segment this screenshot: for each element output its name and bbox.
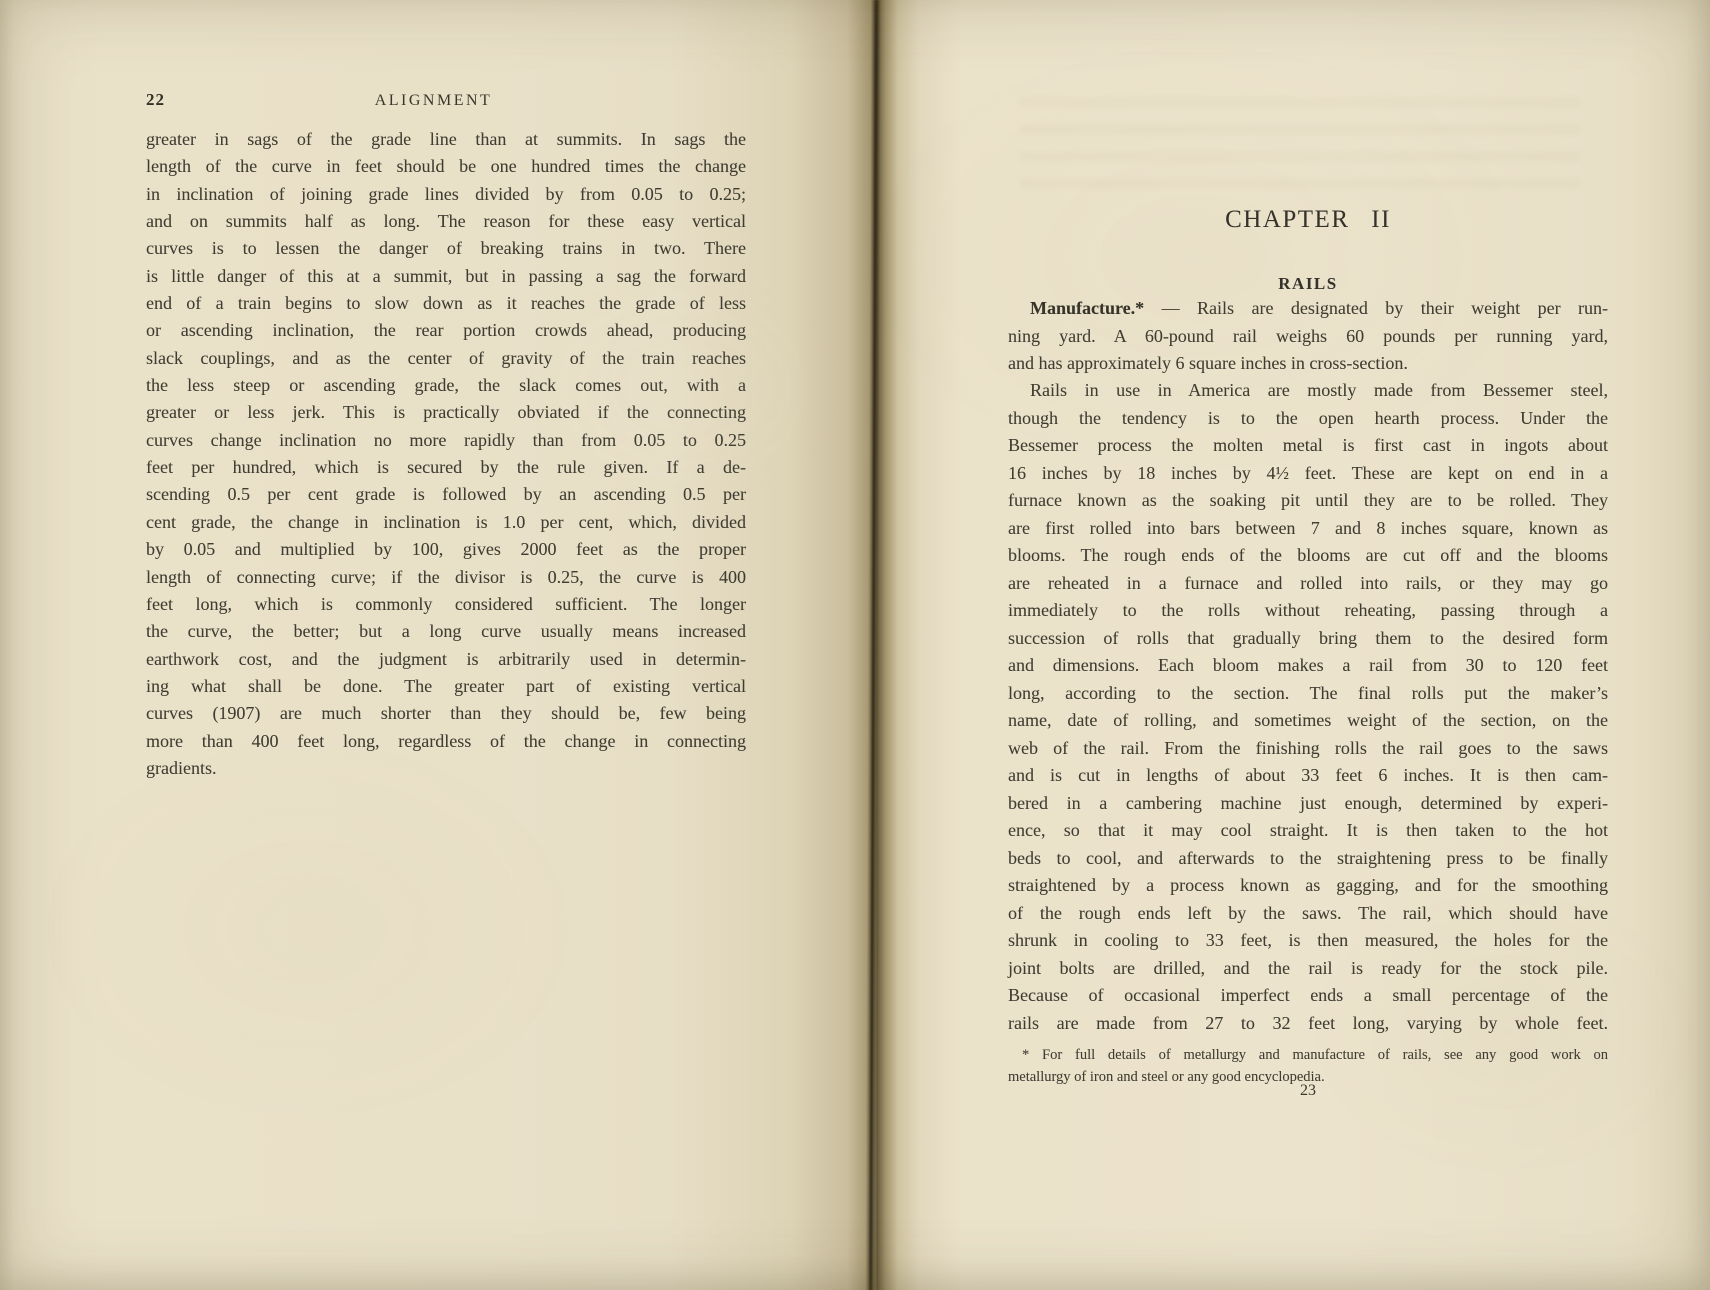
text-line: greater in sags of the grade line than a… <box>146 126 746 153</box>
text-line: web of the rail. From the finishing roll… <box>1008 735 1608 763</box>
text-line: joint bolts are drilled, and the rail is… <box>1008 955 1608 983</box>
text-line: end of a train begins to slow down as it… <box>146 290 746 317</box>
text-line: length of the curve in feet should be on… <box>146 153 746 180</box>
text-line: scending 0.5 per cent grade is followed … <box>146 481 746 508</box>
text-line: furnace known as the soaking pit until t… <box>1008 487 1608 515</box>
text-line: bered in a cambering machine just enough… <box>1008 790 1608 818</box>
rail-process-paragraph: Rails in use in America are mostly made … <box>1008 377 1608 1037</box>
text-line: ing what shall be done. The greater part… <box>146 673 746 700</box>
text-line: or ascending inclination, the rear porti… <box>146 317 746 344</box>
left-page-body-text: greater in sags of the grade line than a… <box>146 126 746 782</box>
chapter-heading: CHAPTER II <box>1008 206 1608 234</box>
text-line: by 0.05 and multiplied by 100, gives 200… <box>146 536 746 563</box>
text-line: 16 inches by 18 inches by 4½ feet. These… <box>1008 460 1608 488</box>
text-line: succession of rolls that gradually bring… <box>1008 625 1608 653</box>
text-line: shrunk in cooling to 33 feet, is then me… <box>1008 927 1608 955</box>
text-line: is little danger of this at a summit, bu… <box>146 263 746 290</box>
text-line: in inclination of joining grade lines di… <box>146 181 746 208</box>
text-line: ning yard. A 60-pound rail weighs 60 pou… <box>1008 323 1608 351</box>
text-line: Because of occasional imperfect ends a s… <box>1008 982 1608 1010</box>
text-line: though the tendency is to the open heart… <box>1008 405 1608 433</box>
text-line: long, according to the section. The fina… <box>1008 680 1608 708</box>
text-line: curves is to lessen the danger of breaki… <box>146 235 746 262</box>
text-line: straightened by a process known as gaggi… <box>1008 872 1608 900</box>
text-line: the curve, the better; but a long curve … <box>146 618 746 645</box>
text-line: feet long, which is commonly considered … <box>146 591 746 618</box>
text-line: of the rough ends left by the saws. The … <box>1008 900 1608 928</box>
manufacture-paragraph: Manufacture.* — Rails are designated by … <box>1008 295 1608 378</box>
manufacture-lead-word: Manufacture.* <box>1030 298 1144 318</box>
text-line: are first rolled into bars between 7 and… <box>1008 515 1608 543</box>
text-line: blooms. The rough ends of the blooms are… <box>1008 542 1608 570</box>
text-line: immediately to the rolls without reheati… <box>1008 597 1608 625</box>
text-line: cent grade, the change in inclination is… <box>146 509 746 536</box>
text-line: earthwork cost, and the judgment is arbi… <box>146 646 746 673</box>
text-line: curves (1907) are much shorter than they… <box>146 700 746 727</box>
text-line: and dimensions. Each bloom makes a rail … <box>1008 652 1608 680</box>
text-line: Manufacture.* — Rails are designated by … <box>1008 295 1608 323</box>
text-line: more than 400 feet long, regardless of t… <box>146 728 746 755</box>
text-line: rails are made from 27 to 32 feet long, … <box>1008 1010 1608 1038</box>
text-line: and on summits half as long. The reason … <box>146 208 746 235</box>
text-line: name, date of rolling, and sometimes wei… <box>1008 707 1608 735</box>
manufacture-lead-rest: — Rails are designated by their weight p… <box>1144 298 1608 318</box>
text-line: Rails in use in America are mostly made … <box>1008 377 1608 405</box>
text-line: ence, so that it may cool straight. It i… <box>1008 817 1608 845</box>
manufacture-paragraph-lines: ning yard. A 60-pound rail weighs 60 pou… <box>1008 323 1608 378</box>
text-line: and has approximately 6 square inches in… <box>1008 350 1608 378</box>
text-line: * For full details of metallurgy and man… <box>1008 1044 1608 1066</box>
text-line: the less steep or ascending grade, the s… <box>146 372 746 399</box>
text-line: and is cut in lengths of about 33 feet 6… <box>1008 762 1608 790</box>
text-line: Bessemer process the molten metal is fir… <box>1008 432 1608 460</box>
text-line: gradients. <box>146 755 746 782</box>
book-scan-spread: 22 ALIGNMENT greater in sags of the grad… <box>0 0 1710 1290</box>
text-line: feet per hundred, which is secured by th… <box>146 454 746 481</box>
text-line: beds to cool, and afterwards to the stra… <box>1008 845 1608 873</box>
text-line: are reheated in a furnace and rolled int… <box>1008 570 1608 598</box>
right-page-number: 23 <box>1008 1082 1608 1100</box>
text-line: slack couplings, and as the center of gr… <box>146 345 746 372</box>
text-line: greater or less jerk. This is practicall… <box>146 399 746 426</box>
running-header: ALIGNMENT <box>146 92 721 110</box>
text-line: length of connecting curve; if the divis… <box>146 564 746 591</box>
text-line: curves change inclination no more rapidl… <box>146 427 746 454</box>
section-heading: RAILS <box>1008 274 1608 294</box>
